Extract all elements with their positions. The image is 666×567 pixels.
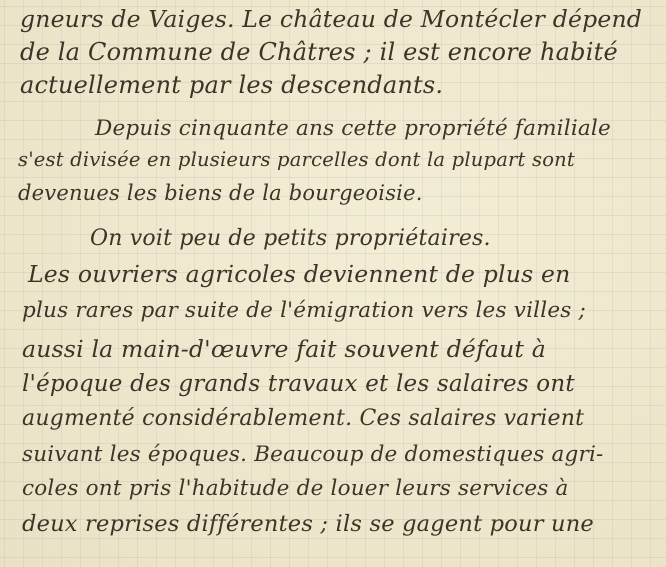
text-line-13: suivant les époques. Beaucoup de domesti… xyxy=(22,444,603,466)
text-line-15: deux reprises différentes ; ils se gagen… xyxy=(22,513,594,536)
paragraph-start-line-8: Les ouvriers agricoles deviennent de plu… xyxy=(28,263,570,287)
text-line-12: augmenté considérablement. Ces salaires … xyxy=(22,408,584,430)
text-line-10: aussi la main-d'œuvre fait souvent défau… xyxy=(22,338,546,362)
text-line-9: plus rares par suite de l'émigration ver… xyxy=(22,300,586,322)
text-line-3: actuellement par les descendants. xyxy=(20,73,443,97)
text-line-14: coles ont pris l'habitude de louer leurs… xyxy=(22,478,569,500)
text-line-5: s'est divisée en plusieurs parcelles don… xyxy=(18,150,575,170)
paragraph-start-line-4: Depuis cinquante ans cette propriété fam… xyxy=(95,118,611,140)
paragraph-start-line-7: On voit peu de petits propriétaires. xyxy=(90,228,491,250)
text-line-6: devenues les biens de la bourgeoisie. xyxy=(18,183,423,204)
manuscript-page: gneurs de Vaiges. Le château de Montécle… xyxy=(0,0,666,567)
text-line-2: de la Commune de Châtres ; il est encore… xyxy=(20,40,618,64)
text-line-1: gneurs de Vaiges. Le château de Montécle… xyxy=(20,8,642,32)
text-line-11: l'époque des grands travaux et les salai… xyxy=(22,373,575,396)
